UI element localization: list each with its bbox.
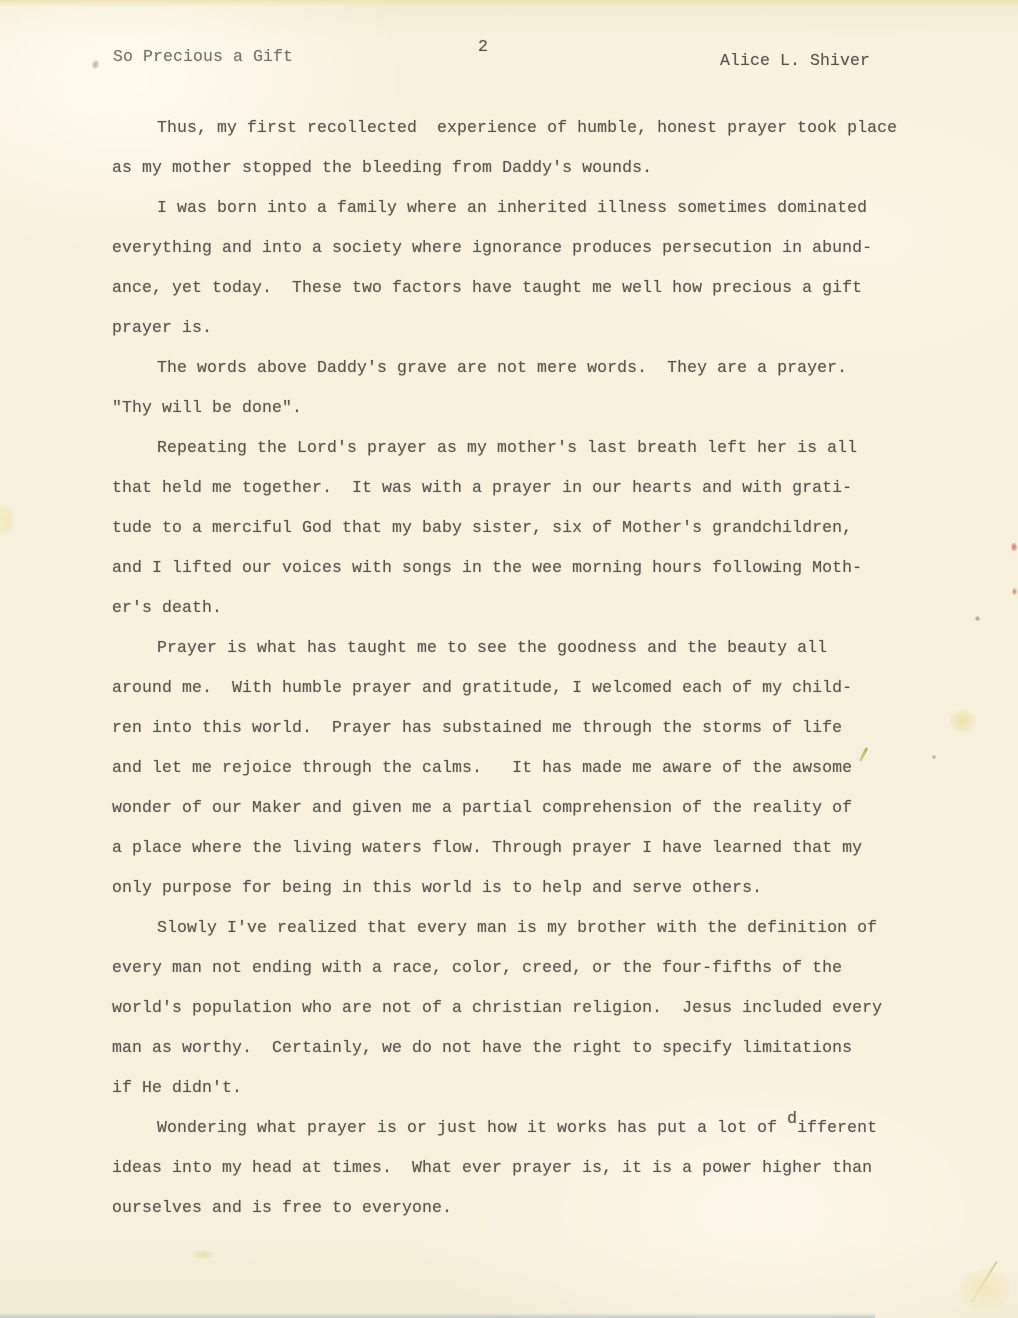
- text-line: "Thy will be done".: [112, 388, 942, 428]
- author-name: Alice L. Shiver: [720, 51, 870, 70]
- text-line: Repeating the Lord's prayer as my mother…: [112, 428, 942, 468]
- paper-crease-line: [970, 1261, 997, 1303]
- text-line: Prayer is what has taught me to see the …: [112, 628, 942, 668]
- text-line: only purpose for being in this world is …: [112, 868, 942, 908]
- smudge-mark: [91, 59, 101, 70]
- text-line: wonder of our Maker and given me a parti…: [112, 788, 942, 828]
- text-line: The words above Daddy's grave are not me…: [112, 348, 942, 388]
- red-speck: [1012, 588, 1017, 595]
- text-line: I was born into a family where an inheri…: [112, 188, 942, 228]
- text-line: er's death.: [112, 588, 942, 628]
- raised-typo-char: d: [787, 1099, 797, 1139]
- yellow-stain: [950, 710, 976, 732]
- text-line: around me. With humble prayer and gratit…: [112, 668, 942, 708]
- text-line: as my mother stopped the bleeding from D…: [112, 148, 942, 188]
- page-number: 2: [478, 37, 488, 56]
- red-speck: [1011, 543, 1017, 551]
- text-line: everything and into a society where igno…: [112, 228, 942, 268]
- text-line: every man not ending with a race, color,…: [112, 948, 942, 988]
- text-line: ideas into my head at times. What ever p…: [112, 1148, 942, 1188]
- edge-stain: [0, 505, 14, 535]
- text-segment: ifferent: [797, 1118, 877, 1137]
- text-line: man as worthy. Certainly, we do not have…: [112, 1028, 942, 1068]
- typewritten-page: So Precious a Gift 2 Alice L. Shiver Thu…: [0, 0, 1018, 1318]
- text-line: and let me rejoice through the calms. It…: [112, 748, 942, 788]
- text-line: a place where the living waters flow. Th…: [112, 828, 942, 868]
- text-segment: Wondering what prayer is or just how it …: [157, 1118, 787, 1137]
- document-title: So Precious a Gift: [113, 47, 293, 66]
- smudge-mark: [193, 1250, 213, 1259]
- text-line: and I lifted our voices with songs in th…: [112, 548, 942, 588]
- paper-bottom-edge: [0, 1313, 875, 1318]
- text-line: world's population who are not of a chri…: [112, 988, 942, 1028]
- text-line: tude to a merciful God that my baby sist…: [112, 508, 942, 548]
- paper-top-edge: [0, 0, 1018, 7]
- text-line: that held me together. It was with a pra…: [112, 468, 942, 508]
- text-line: ourselves and is free to everyone.: [112, 1188, 942, 1228]
- text-line: Thus, my first recollected experience of…: [112, 108, 942, 148]
- text-line: prayer is.: [112, 308, 942, 348]
- text-line: Wondering what prayer is or just how it …: [112, 1108, 942, 1148]
- document-body: Thus, my first recollected experience of…: [112, 108, 942, 1228]
- text-line: ren into this world. Prayer has substain…: [112, 708, 942, 748]
- corner-stain: [960, 1270, 1010, 1310]
- text-line: Slowly I've realized that every man is m…: [112, 908, 942, 948]
- text-line: ance, yet today. These two factors have …: [112, 268, 942, 308]
- dark-speck: [975, 616, 980, 621]
- text-line: if He didn't.: [112, 1068, 942, 1108]
